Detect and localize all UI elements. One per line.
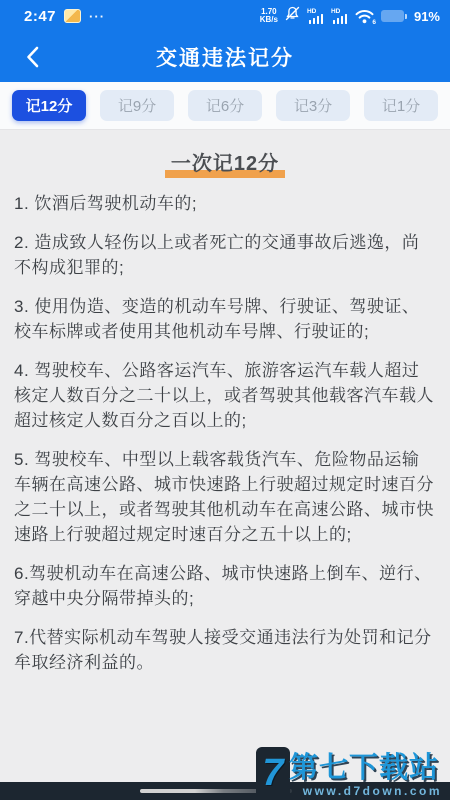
tab-label: 记3分 [294, 95, 332, 116]
page-title: 交通违法记分 [156, 42, 294, 72]
network-speed-unit: KB/s [260, 16, 278, 25]
mute-icon [285, 6, 300, 26]
back-button[interactable] [12, 32, 52, 82]
watermark-site-url: www.d7down.com [303, 784, 442, 798]
tab-6-points[interactable]: 记6分 [188, 90, 262, 121]
tab-label: 记1分 [382, 95, 420, 116]
battery-percent: 91% [414, 9, 440, 24]
violation-item-2: 2. 造成致人轻伤以上或者死亡的交通事故后逃逸，尚不构成犯罪的; [14, 230, 436, 280]
violation-item-6: 6.驾驶机动车在高速公路、城市快速路上倒车、逆行、穿越中央分隔带掉头的; [14, 561, 436, 611]
content-area: 一次记12分 1. 饮酒后驾驶机动车的; 2. 造成致人轻伤以上或者死亡的交通事… [0, 130, 450, 675]
tab-12-points[interactable]: 记12分 [12, 90, 86, 121]
violation-list: 1. 饮酒后驾驶机动车的; 2. 造成致人轻伤以上或者死亡的交通事故后逃逸，尚不… [14, 191, 436, 675]
tab-9-points[interactable]: 记9分 [100, 90, 174, 121]
logo-7-icon: 7 [262, 752, 283, 795]
violation-item-7: 7.代替实际机动车驾驶人接受交通违法行为处罚和记分牟取经济利益的。 [14, 625, 436, 675]
sim2-signal-icon: HD [331, 9, 348, 24]
wifi-icon: 6 [355, 9, 374, 24]
more-notifications-icon: ··· [89, 9, 105, 24]
tab-label: 记9分 [118, 95, 156, 116]
wifi6-label: 6 [372, 19, 376, 26]
battery-icon [381, 10, 407, 22]
tab-1-point[interactable]: 记1分 [364, 90, 438, 121]
back-chevron-icon [26, 46, 39, 68]
tab-bar: 记12分 记9分 记6分 记3分 记1分 [0, 82, 450, 130]
tab-label: 记6分 [206, 95, 244, 116]
violation-item-3: 3. 使用伪造、变造的机动车号牌、行驶证、驾驶证、校车标牌或者使用其他机动车号牌… [14, 294, 436, 344]
app-screen: 2:47 ··· 1.70 KB/s HD HD [0, 0, 450, 800]
watermark-logo: 7 [256, 747, 290, 800]
screenshot-icon [64, 9, 81, 23]
tab-label: 记12分 [26, 95, 73, 116]
clock-label: 2:47 [24, 8, 56, 25]
violation-item-5: 5. 驾驶校车、中型以上载客载货汽车、危险物品运输车辆在高速公路、城市快速路上行… [14, 447, 436, 547]
violation-item-4: 4. 驾驶校车、公路客运汽车、旅游客运汽车载人超过核定人数百分之二十以上，或者驾… [14, 358, 436, 433]
violation-item-1: 1. 饮酒后驾驶机动车的; [14, 191, 436, 216]
tab-3-points[interactable]: 记3分 [276, 90, 350, 121]
sim1-signal-icon: HD [307, 9, 324, 24]
network-speed: 1.70 KB/s [260, 8, 278, 25]
status-bar: 2:47 ··· 1.70 KB/s HD HD [0, 0, 450, 32]
watermark-site-name: 第七下载站 [289, 745, 439, 786]
section-title: 一次记12分 [165, 147, 285, 178]
app-bar: 交通违法记分 [0, 32, 450, 82]
